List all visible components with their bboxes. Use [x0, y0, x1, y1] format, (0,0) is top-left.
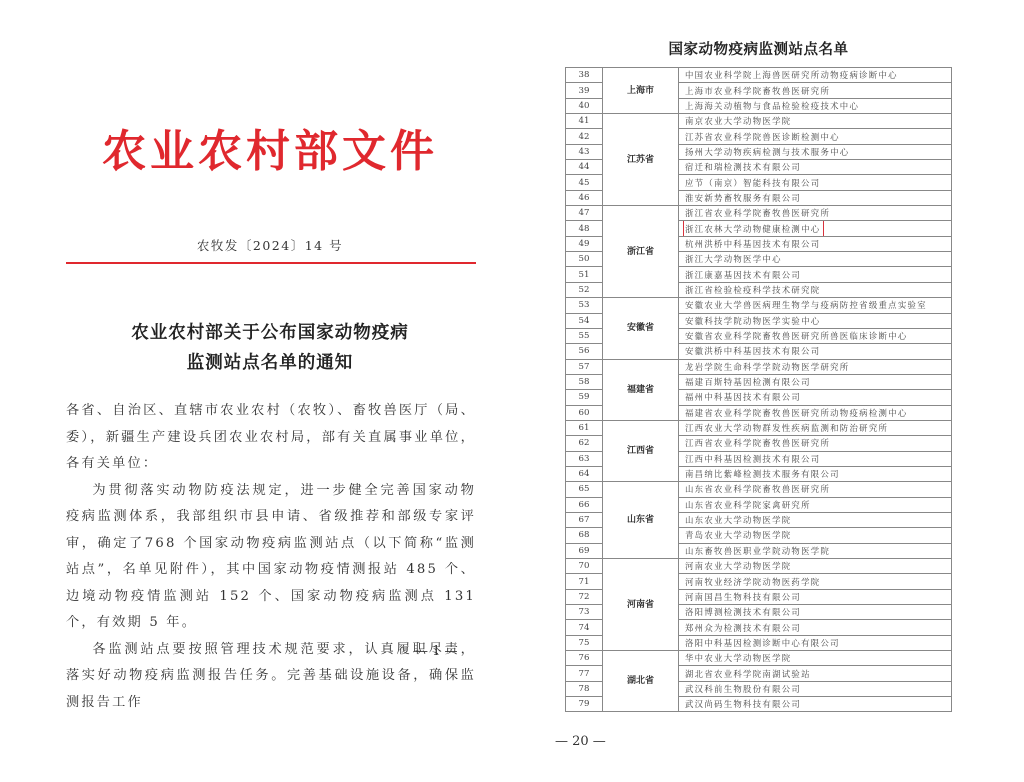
province-cell: 江苏省	[603, 114, 679, 206]
row-number: 59	[566, 390, 603, 405]
row-number: 63	[566, 451, 603, 466]
station-name: 山东省农业科学院畜牧兽医研究所	[685, 484, 830, 494]
row-number: 68	[566, 528, 603, 543]
station-name-cell: 上海海关动植物与食品检验检疫技术中心	[679, 98, 952, 113]
row-number: 66	[566, 497, 603, 512]
station-name-cell: 河南国昌生物科技有限公司	[679, 589, 952, 604]
station-name-cell: 福建百斯特基因检测有限公司	[679, 374, 952, 389]
station-name-cell: 河南农业大学动物医学院	[679, 559, 952, 574]
document-title: 农业农村部关于公布国家动物疫病 监测站点名单的通知	[60, 318, 480, 378]
province-cell: 河南省	[603, 559, 679, 651]
salutation-paragraph: 各省、自治区、直辖市农业农村（农牧）、畜牧兽医厅（局、委），新疆生产建设兵团农业…	[66, 398, 476, 478]
row-number: 51	[566, 267, 603, 282]
row-number: 41	[566, 114, 603, 129]
station-name: 洛阳中科基因检测诊断中心有限公司	[685, 638, 840, 648]
row-number: 46	[566, 190, 603, 205]
station-name-cell: 江西省农业科学院畜牧兽医研究所	[679, 436, 952, 451]
row-number: 62	[566, 436, 603, 451]
station-name: 江西农业大学动物群发性疾病监测和防治研究所	[685, 423, 888, 433]
document-body: 各省、自治区、直辖市农业农村（农牧）、畜牧兽医厅（局、委），新疆生产建设兵团农业…	[66, 398, 476, 716]
station-name: 扬州大学动物疾病检测与技术服务中心	[685, 147, 849, 157]
station-name-cell: 河南牧业经济学院动物医药学院	[679, 574, 952, 589]
station-name: 安徽农业大学兽医病理生物学与疫病防控省级重点实验室	[685, 300, 927, 310]
station-name: 河南农业大学动物医学院	[685, 561, 791, 571]
row-number: 43	[566, 144, 603, 159]
row-number: 69	[566, 543, 603, 558]
station-name: 上海市农业科学院畜牧兽医研究所	[685, 86, 830, 96]
province-cell: 浙江省	[603, 206, 679, 298]
station-name-cell: 福州中科基因技术有限公司	[679, 390, 952, 405]
row-number: 65	[566, 482, 603, 497]
row-number: 67	[566, 512, 603, 527]
station-name-cell: 安徽洪桥中科基因技术有限公司	[679, 344, 952, 359]
station-name: 江西中科基因检测技术有限公司	[685, 454, 820, 464]
station-name: 江苏省农业科学院兽医诊断检测中心	[685, 132, 840, 142]
row-number: 53	[566, 298, 603, 313]
row-number: 45	[566, 175, 603, 190]
body-paragraph-1: 为贯彻落实动物防疫法规定，进一步健全完善国家动物疫病监测体系，我部组织市县申请、…	[66, 478, 476, 637]
station-name-cell: 宿迁和瑞检测技术有限公司	[679, 160, 952, 175]
station-name-cell: 安徽科技学院动物医学实验中心	[679, 313, 952, 328]
station-name: 山东省农业科学院家禽研究所	[685, 500, 811, 510]
station-name: 河南牧业经济学院动物医药学院	[685, 577, 820, 587]
title-line-1: 农业农村部关于公布国家动物疫病	[60, 318, 480, 348]
station-name: 山东畜牧兽医职业学院动物医学院	[685, 546, 830, 556]
station-name: 郑州众为检测技术有限公司	[685, 623, 801, 633]
document-header: 农业农村部文件	[60, 122, 480, 182]
station-name: 应节（南京）智能科技有限公司	[685, 178, 820, 188]
row-number: 52	[566, 282, 603, 297]
row-number: 39	[566, 83, 603, 98]
station-name: 湖北省农业科学院南湖试验站	[685, 669, 811, 679]
table-row: 61江西省江西农业大学动物群发性疾病监测和防治研究所	[566, 420, 952, 435]
station-name: 青岛农业大学动物医学院	[685, 530, 791, 540]
table-row: 76湖北省华中农业大学动物医学院	[566, 651, 952, 666]
station-name-cell: 浙江省检验检疫科学技术研究院	[679, 282, 952, 297]
province-cell: 江西省	[603, 420, 679, 481]
table-row: 65山东省山东省农业科学院畜牧兽医研究所	[566, 482, 952, 497]
table-row: 57福建省龙岩学院生命科学学院动物医学研究所	[566, 359, 952, 374]
table-row: 70河南省河南农业大学动物医学院	[566, 559, 952, 574]
row-number: 71	[566, 574, 603, 589]
row-number: 60	[566, 405, 603, 420]
station-name-cell: 华中农业大学动物医学院	[679, 651, 952, 666]
province-cell: 湖北省	[603, 651, 679, 712]
station-name: 安徽洪桥中科基因技术有限公司	[685, 346, 820, 356]
row-number: 58	[566, 374, 603, 389]
station-name-cell: 杭州洪桥中科基因技术有限公司	[679, 236, 952, 251]
station-name-cell: 山东省农业科学院家禽研究所	[679, 497, 952, 512]
table-row: 38上海市中国农业科学院上海兽医研究所动物疫病诊断中心	[566, 68, 952, 83]
station-name-cell: 浙江农林大学动物健康检测中心	[679, 221, 952, 236]
station-name-cell: 龙岩学院生命科学学院动物医学研究所	[679, 359, 952, 374]
station-name-cell: 扬州大学动物疾病检测与技术服务中心	[679, 144, 952, 159]
row-number: 40	[566, 98, 603, 113]
row-number: 44	[566, 160, 603, 175]
row-number: 73	[566, 605, 603, 620]
station-name-cell: 淮安新势畜牧服务有限公司	[679, 190, 952, 205]
station-name: 杭州洪桥中科基因技术有限公司	[685, 239, 820, 249]
row-number: 64	[566, 466, 603, 481]
station-name: 河南国昌生物科技有限公司	[685, 592, 801, 602]
station-name: 福州中科基因技术有限公司	[685, 392, 801, 402]
station-name-cell: 洛阳中科基因检测诊断中心有限公司	[679, 635, 952, 650]
station-name-cell: 浙江康嘉基因技术有限公司	[679, 267, 952, 282]
station-name-cell: 中国农业科学院上海兽医研究所动物疫病诊断中心	[679, 68, 952, 83]
province-cell: 山东省	[603, 482, 679, 559]
row-number: 61	[566, 420, 603, 435]
station-name: 安徽科技学院动物医学实验中心	[685, 316, 820, 326]
station-name: 武汉科前生物股份有限公司	[685, 684, 801, 694]
station-name-cell: 山东畜牧兽医职业学院动物医学院	[679, 543, 952, 558]
row-number: 75	[566, 635, 603, 650]
row-number: 48	[566, 221, 603, 236]
province-cell: 安徽省	[603, 298, 679, 359]
row-number: 50	[566, 252, 603, 267]
station-name: 淮安新势畜牧服务有限公司	[685, 193, 801, 203]
row-number: 70	[566, 559, 603, 574]
row-number: 47	[566, 206, 603, 221]
table-row: 41江苏省南京农业大学动物医学院	[566, 114, 952, 129]
red-divider	[66, 262, 476, 264]
row-number: 49	[566, 236, 603, 251]
station-name: 福建省农业科学院畜牧兽医研究所动物疫病检测中心	[685, 408, 908, 418]
station-name-cell: 福建省农业科学院畜牧兽医研究所动物疫病检测中心	[679, 405, 952, 420]
row-number: 42	[566, 129, 603, 144]
station-name-cell: 洛阳博测检测技术有限公司	[679, 605, 952, 620]
row-number: 77	[566, 666, 603, 681]
station-name: 洛阳博测检测技术有限公司	[685, 607, 801, 617]
page-number-right: — 20 —	[555, 734, 606, 749]
station-name: 安徽省农业科学院畜牧兽医研究所兽医临床诊断中心	[685, 331, 908, 341]
station-name-cell: 安徽省农业科学院畜牧兽医研究所兽医临床诊断中心	[679, 328, 952, 343]
province-cell: 上海市	[603, 68, 679, 114]
row-number: 55	[566, 328, 603, 343]
station-name: 浙江大学动物医学中心	[685, 254, 782, 264]
station-name-cell: 南昌纳比紫峰检测技术服务有限公司	[679, 466, 952, 481]
document-page-left: 农业农村部文件 农牧发〔2024〕14 号 农业农村部关于公布国家动物疫病 监测…	[0, 0, 530, 782]
station-name-cell: 青岛农业大学动物医学院	[679, 528, 952, 543]
station-name: 宿迁和瑞检测技术有限公司	[685, 162, 801, 172]
row-number: 57	[566, 359, 603, 374]
station-name: 浙江省农业科学院畜牧兽医研究所	[685, 208, 830, 218]
station-name: 上海海关动植物与食品检验检疫技术中心	[685, 101, 859, 111]
list-title: 国家动物疫病监测站点名单	[565, 38, 952, 59]
station-name-cell: 上海市农业科学院畜牧兽医研究所	[679, 83, 952, 98]
station-name: 浙江省检验检疫科学技术研究院	[685, 285, 820, 295]
row-number: 54	[566, 313, 603, 328]
station-name-cell: 郑州众为检测技术有限公司	[679, 620, 952, 635]
province-cell: 福建省	[603, 359, 679, 420]
row-number: 72	[566, 589, 603, 604]
station-name: 福建百斯特基因检测有限公司	[685, 377, 811, 387]
row-number: 56	[566, 344, 603, 359]
row-number: 79	[566, 697, 603, 712]
station-name-cell: 山东农业大学动物医学院	[679, 512, 952, 527]
station-name-cell: 山东省农业科学院畜牧兽医研究所	[679, 482, 952, 497]
row-number: 74	[566, 620, 603, 635]
document-number: 农牧发〔2024〕14 号	[60, 236, 480, 254]
station-name-cell: 浙江大学动物医学中心	[679, 252, 952, 267]
station-name-cell: 江苏省农业科学院兽医诊断检测中心	[679, 129, 952, 144]
station-name: 南京农业大学动物医学院	[685, 116, 791, 126]
station-name: 山东农业大学动物医学院	[685, 515, 791, 525]
station-name-cell: 浙江省农业科学院畜牧兽医研究所	[679, 206, 952, 221]
row-number: 78	[566, 681, 603, 696]
station-name-cell: 武汉尚码生物科技有限公司	[679, 697, 952, 712]
page-number: — 1 —	[415, 644, 458, 659]
row-number: 76	[566, 651, 603, 666]
station-name-cell: 江西中科基因检测技术有限公司	[679, 451, 952, 466]
station-name: 中国农业科学院上海兽医研究所动物疫病诊断中心	[685, 70, 898, 80]
station-name: 浙江康嘉基因技术有限公司	[685, 270, 801, 280]
station-name-cell: 安徽农业大学兽医病理生物学与疫病防控省级重点实验室	[679, 298, 952, 313]
station-name-cell: 武汉科前生物股份有限公司	[679, 681, 952, 696]
station-name: 武汉尚码生物科技有限公司	[685, 699, 801, 709]
station-name-cell: 江西农业大学动物群发性疾病监测和防治研究所	[679, 420, 952, 435]
title-line-2: 监测站点名单的通知	[60, 348, 480, 378]
station-name: 南昌纳比紫峰检测技术服务有限公司	[685, 469, 840, 479]
table-row: 53安徽省安徽农业大学兽医病理生物学与疫病防控省级重点实验室	[566, 298, 952, 313]
station-name-cell: 应节（南京）智能科技有限公司	[679, 175, 952, 190]
highlighted-station-name: 浙江农林大学动物健康检测中心	[685, 222, 822, 236]
station-name: 华中农业大学动物医学院	[685, 653, 791, 663]
table-row: 47浙江省浙江省农业科学院畜牧兽医研究所	[566, 206, 952, 221]
station-name: 龙岩学院生命科学学院动物医学研究所	[685, 362, 849, 372]
stations-table: 38上海市中国农业科学院上海兽医研究所动物疫病诊断中心39上海市农业科学院畜牧兽…	[565, 67, 952, 712]
row-number: 38	[566, 68, 603, 83]
station-name: 江西省农业科学院畜牧兽医研究所	[685, 438, 830, 448]
station-name-cell: 南京农业大学动物医学院	[679, 114, 952, 129]
station-name-cell: 湖北省农业科学院南湖试验站	[679, 666, 952, 681]
